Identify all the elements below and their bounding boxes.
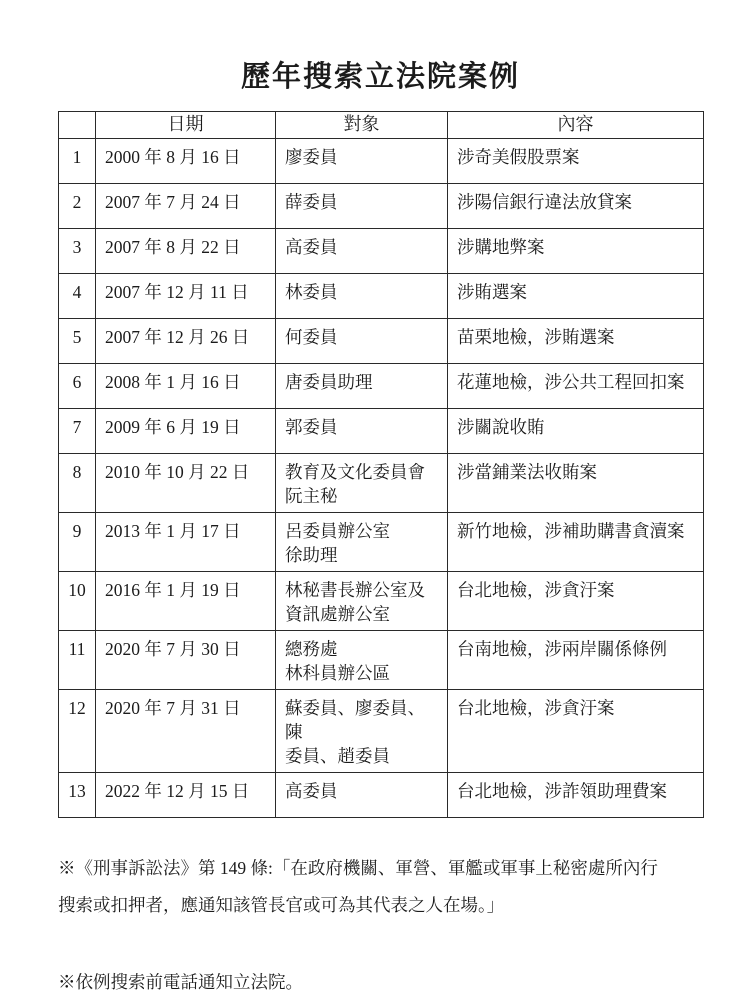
row-number: 12 bbox=[59, 690, 96, 773]
row-target: 呂委員辦公室 徐助理 bbox=[276, 513, 448, 572]
row-date: 2010 年 10 月 22 日 bbox=[96, 454, 276, 513]
table-row: 8 2010 年 10 月 22 日 教育及文化委員會 阮主秘 涉當鋪業法收賄案 bbox=[59, 454, 704, 513]
row-number: 10 bbox=[59, 572, 96, 631]
table-row: 7 2009 年 6 月 19 日 郭委員 涉關說收賄 bbox=[59, 409, 704, 454]
row-number: 13 bbox=[59, 773, 96, 818]
row-number: 11 bbox=[59, 631, 96, 690]
row-target: 高委員 bbox=[276, 773, 448, 818]
table-row: 10 2016 年 1 月 19 日 林秘書長辦公室及 資訊處辦公室 台北地檢，… bbox=[59, 572, 704, 631]
table-row: 9 2013 年 1 月 17 日 呂委員辦公室 徐助理 新竹地檢，涉補助購書貪… bbox=[59, 513, 704, 572]
row-target: 郭委員 bbox=[276, 409, 448, 454]
row-number: 6 bbox=[59, 364, 96, 409]
row-target: 薛委員 bbox=[276, 184, 448, 229]
row-date: 2007 年 7 月 24 日 bbox=[96, 184, 276, 229]
table-row: 13 2022 年 12 月 15 日 高委員 台北地檢，涉詐領助理費案 bbox=[59, 773, 704, 818]
row-content: 涉購地弊案 bbox=[448, 229, 704, 274]
header-date: 日期 bbox=[96, 112, 276, 139]
row-content: 涉奇美假股票案 bbox=[448, 139, 704, 184]
row-target: 總務處 林科員辦公區 bbox=[276, 631, 448, 690]
row-content: 花蓮地檢，涉公共工程回扣案 bbox=[448, 364, 704, 409]
row-date: 2000 年 8 月 16 日 bbox=[96, 139, 276, 184]
row-target: 唐委員助理 bbox=[276, 364, 448, 409]
row-content: 台北地檢，涉詐領助理費案 bbox=[448, 773, 704, 818]
table-row: 2 2007 年 7 月 24 日 薛委員 涉陽信銀行違法放貸案 bbox=[59, 184, 704, 229]
note-criminal-procedure-law: ※《刑事訴訟法》第 149 條:「在政府機關、軍營、軍艦或軍事上秘密處所內行 搜… bbox=[58, 850, 703, 924]
page-title: 歷年搜索立法院案例 bbox=[58, 54, 703, 95]
row-content: 苗栗地檢，涉賄選案 bbox=[448, 319, 704, 364]
row-content: 涉賄選案 bbox=[448, 274, 704, 319]
note-phone-notification: ※依例搜索前電話通知立法院。 bbox=[58, 964, 703, 1001]
row-date: 2008 年 1 月 16 日 bbox=[96, 364, 276, 409]
header-index bbox=[59, 112, 96, 139]
row-date: 2020 年 7 月 30 日 bbox=[96, 631, 276, 690]
row-date: 2022 年 12 月 15 日 bbox=[96, 773, 276, 818]
row-number: 1 bbox=[59, 139, 96, 184]
document-page: 歷年搜索立法院案例 日期 對象 內容 1 2000 年 8 月 16 日 廖委員… bbox=[58, 0, 703, 1001]
row-date: 2009 年 6 月 19 日 bbox=[96, 409, 276, 454]
row-target: 林委員 bbox=[276, 274, 448, 319]
row-content: 台北地檢，涉貪汙案 bbox=[448, 572, 704, 631]
row-number: 2 bbox=[59, 184, 96, 229]
case-table: 日期 對象 內容 1 2000 年 8 月 16 日 廖委員 涉奇美假股票案 2… bbox=[58, 111, 704, 818]
row-content: 新竹地檢，涉補助購書貪瀆案 bbox=[448, 513, 704, 572]
table-row: 1 2000 年 8 月 16 日 廖委員 涉奇美假股票案 bbox=[59, 139, 704, 184]
row-date: 2013 年 1 月 17 日 bbox=[96, 513, 276, 572]
row-content: 涉當鋪業法收賄案 bbox=[448, 454, 704, 513]
row-number: 5 bbox=[59, 319, 96, 364]
table-row: 5 2007 年 12 月 26 日 何委員 苗栗地檢，涉賄選案 bbox=[59, 319, 704, 364]
footnotes: ※《刑事訴訟法》第 149 條:「在政府機關、軍營、軍艦或軍事上秘密處所內行 搜… bbox=[58, 850, 703, 1001]
row-number: 3 bbox=[59, 229, 96, 274]
row-date: 2020 年 7 月 31 日 bbox=[96, 690, 276, 773]
row-content: 台北地檢，涉貪汙案 bbox=[448, 690, 704, 773]
row-target: 教育及文化委員會 阮主秘 bbox=[276, 454, 448, 513]
row-target: 廖委員 bbox=[276, 139, 448, 184]
row-target: 林秘書長辦公室及 資訊處辦公室 bbox=[276, 572, 448, 631]
table-row: 4 2007 年 12 月 11 日 林委員 涉賄選案 bbox=[59, 274, 704, 319]
row-date: 2007 年 8 月 22 日 bbox=[96, 229, 276, 274]
row-date: 2016 年 1 月 19 日 bbox=[96, 572, 276, 631]
row-target: 高委員 bbox=[276, 229, 448, 274]
table-row: 12 2020 年 7 月 31 日 蘇委員、廖委員、陳 委員、趙委員 台北地檢… bbox=[59, 690, 704, 773]
row-date: 2007 年 12 月 11 日 bbox=[96, 274, 276, 319]
table-row: 6 2008 年 1 月 16 日 唐委員助理 花蓮地檢，涉公共工程回扣案 bbox=[59, 364, 704, 409]
row-target: 蘇委員、廖委員、陳 委員、趙委員 bbox=[276, 690, 448, 773]
header-content: 內容 bbox=[448, 112, 704, 139]
row-number: 7 bbox=[59, 409, 96, 454]
header-target: 對象 bbox=[276, 112, 448, 139]
row-number: 8 bbox=[59, 454, 96, 513]
row-content: 涉陽信銀行違法放貸案 bbox=[448, 184, 704, 229]
row-date: 2007 年 12 月 26 日 bbox=[96, 319, 276, 364]
table-header-row: 日期 對象 內容 bbox=[59, 112, 704, 139]
row-target: 何委員 bbox=[276, 319, 448, 364]
table-row: 3 2007 年 8 月 22 日 高委員 涉購地弊案 bbox=[59, 229, 704, 274]
row-number: 4 bbox=[59, 274, 96, 319]
table-row: 11 2020 年 7 月 30 日 總務處 林科員辦公區 台南地檢，涉兩岸關係… bbox=[59, 631, 704, 690]
row-number: 9 bbox=[59, 513, 96, 572]
row-content: 台南地檢，涉兩岸關係條例 bbox=[448, 631, 704, 690]
row-content: 涉關說收賄 bbox=[448, 409, 704, 454]
